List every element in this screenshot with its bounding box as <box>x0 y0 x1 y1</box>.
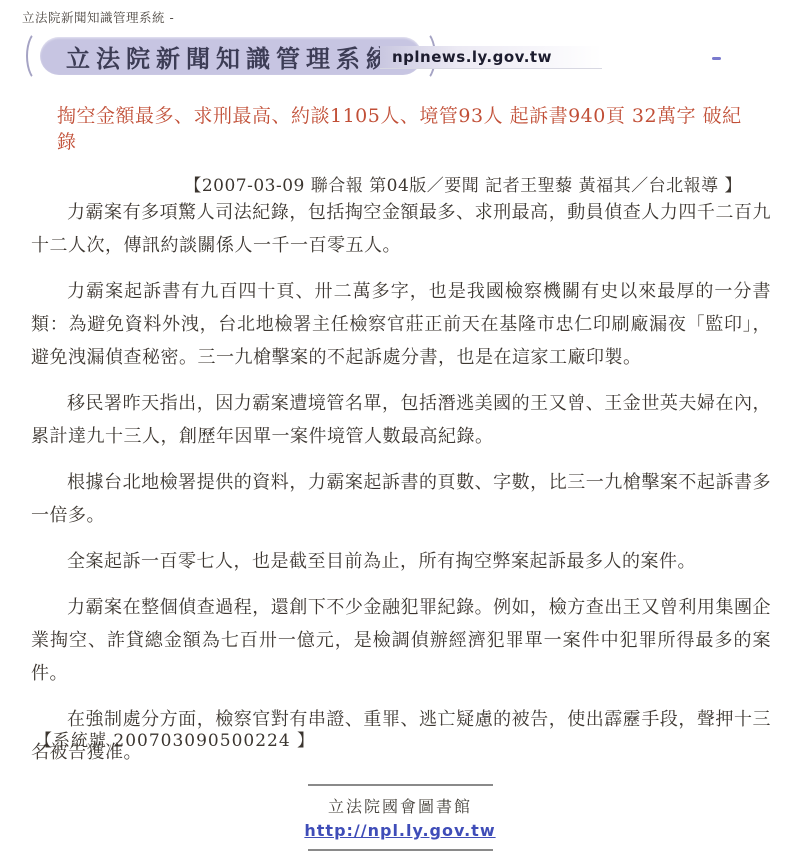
footer-top-divider <box>308 784 493 786</box>
news-article-page: 立法院新聞知識管理系統 - 立法院新聞知識管理系統 nplnews.ly.gov… <box>0 0 800 864</box>
article-paragraph: 移民署昨天指出，因力霸案遭境管名單，包括潛逃美國的王又曾、王金世英夫婦在內，累計… <box>31 387 771 453</box>
article-paragraph: 根據台北地檢署提供的資料，力霸案起訴書的頁數、字數，比三一九槍擊案不起訴書多一倍… <box>31 466 771 532</box>
site-domain-strip: nplnews.ly.gov.tw <box>380 46 602 69</box>
system-name-title: 立法院新聞知識管理系統 <box>66 39 396 74</box>
footer-bottom-divider <box>308 849 493 851</box>
article-headline: 掏空金額最多、求刑最高、約談1105人、境管93人 起訴書940頁 32萬字 破… <box>57 103 757 155</box>
site-domain-text: nplnews.ly.gov.tw <box>392 48 552 66</box>
article-body: 力霸案有多項驚人司法紀錄，包括掏空金額最多、求刑最高，動員偵查人力四千二百九十二… <box>31 196 771 782</box>
article-paragraph: 全案起訴一百零七人，也是截至目前為止，所有掏空弊案起訴最多人的案件。 <box>31 545 771 578</box>
article-paragraph: 力霸案有多項驚人司法紀錄，包括掏空金額最多、求刑最高，動員偵查人力四千二百九十二… <box>31 196 771 262</box>
window-title: 立法院新聞知識管理系統 - <box>22 8 174 26</box>
site-banner: 立法院新聞知識管理系統 <box>26 34 436 78</box>
system-number: 【系統號 200703090500224 】 <box>35 726 315 751</box>
dash-decoration <box>712 57 721 60</box>
banner-pill: 立法院新聞知識管理系統 <box>40 37 422 75</box>
library-name: 立法院國會圖書館 <box>0 794 800 817</box>
library-link[interactable]: http://npl.ly.gov.tw <box>304 821 495 840</box>
article-paragraph: 力霸案在整個偵查過程，還創下不少金融犯罪紀錄。例如，檢方查出王又曾利用集團企業掏… <box>31 591 771 690</box>
article-paragraph: 力霸案起訴書有九百四十頁、卅二萬多字，也是我國檢察機關有史以來最厚的一分書類：為… <box>31 275 771 374</box>
article-byline: 【2007-03-09 聯合報 第04版／要聞 記者王聖藜 黃福其／台北報導 】 <box>0 171 742 196</box>
page-footer: 立法院國會圖書館 http://npl.ly.gov.tw <box>0 784 800 851</box>
